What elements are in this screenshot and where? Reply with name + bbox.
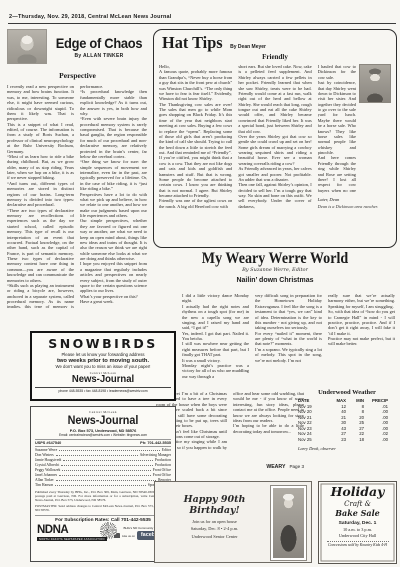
usps-number: USPS #647540 bbox=[35, 441, 61, 445]
dotted-leader bbox=[55, 485, 146, 486]
snowbirds-contact: phone 448-5535 • fax 448-8198 • leaderne… bbox=[35, 387, 171, 393]
dotted-leader bbox=[56, 480, 156, 481]
phone-number: Ph: 701-442-5535 bbox=[140, 441, 171, 445]
weather-precip: .00 bbox=[364, 437, 388, 443]
weather-title: Underwood Weather bbox=[298, 389, 396, 396]
dotted-leader bbox=[59, 475, 151, 476]
weather-max: 23 bbox=[328, 437, 346, 443]
holiday-ad-place: Underwood City Hall bbox=[319, 533, 396, 538]
holiday-ad-word2: Craft & bbox=[319, 500, 396, 508]
continued-jump-line: WEARY Page 3 bbox=[233, 464, 304, 470]
underwood-weather-box: Underwood Weather DATE MAX MIN PRECIP No… bbox=[298, 389, 396, 475]
body-column: office and hear some odd warbling, that … bbox=[233, 391, 304, 477]
masthead-logos-row: NDNA NORTH DAKOTA NEWSPAPER ASSOCIATION … bbox=[35, 525, 171, 541]
holiday-ad-time: 10 a.m. to 3 p.m. bbox=[319, 527, 396, 532]
column-headline: Nailin’ down Christmas bbox=[153, 277, 397, 284]
body-text: office and hear some odd warbling, that … bbox=[233, 391, 304, 461]
subscription-line: For Subscription Rates: Call 701-442-553… bbox=[35, 515, 171, 523]
newspaper-logo: News-Journal bbox=[38, 375, 167, 385]
column-subhead: Perspective bbox=[7, 71, 148, 80]
holiday-ad-word3: Bake Sale bbox=[319, 508, 396, 518]
author-photo-allan-tinker bbox=[7, 29, 47, 64]
holiday-ad-date: Saturday, Dec. 1 bbox=[319, 521, 396, 526]
hat-tips-body: Hello, A famous quote, probably more fam… bbox=[159, 64, 391, 242]
snowbirds-line2: two weeks prior to moving south. bbox=[35, 358, 171, 364]
ndna-logo: NDNA NORTH DAKOTA NEWSPAPER ASSOCIATION bbox=[37, 525, 107, 541]
body-text: I hauled that cow to Dickinson for the c… bbox=[318, 64, 356, 194]
holiday-ad-note: Concessions sold by Kountry Kids 4-H bbox=[327, 541, 389, 548]
ndna-letters: NDNA bbox=[37, 525, 107, 537]
ndna-caption: NORTH DAKOTA NEWSPAPER ASSOCIATION bbox=[37, 537, 107, 541]
masthead-usps-row: USPS #647540 Ph: 701-442-5535 bbox=[35, 439, 171, 447]
dotted-leader bbox=[61, 465, 153, 466]
portrait-photo bbox=[271, 486, 306, 560]
thumbs-up-icon bbox=[116, 533, 120, 538]
edge-of-chaos-header: Edge of Chaos By ALLAN TINKER bbox=[7, 29, 148, 64]
weather-observer: Larry Denk, observer bbox=[298, 446, 396, 451]
jump-slug: WEARY bbox=[266, 464, 285, 470]
birthday-ad-line: Underwood Senior Center bbox=[159, 534, 270, 539]
hat-tips-header: Hat Tips By Dean Meyer bbox=[159, 33, 391, 53]
body-column: I did a little victory dance Monday nigh… bbox=[182, 293, 249, 387]
column-signoff: Later, Dean bbox=[318, 197, 391, 202]
masthead-fine-print: Published every Thursday by BHG, Inc., P… bbox=[35, 490, 171, 502]
body-column: performance. “Is procedural knowledge th… bbox=[80, 84, 147, 308]
holiday-craft-sale-ad: Holiday Craft & Bake Sale Saturday, Dec.… bbox=[318, 481, 397, 564]
weather-min: 18 bbox=[346, 437, 364, 443]
body-column: Hello, A famous quote, probably more fam… bbox=[159, 64, 232, 242]
column-title: Edge of Chaos bbox=[54, 35, 144, 51]
newspaper-page: 2—Thursday, Nov. 29, 2018, Central McLea… bbox=[0, 0, 400, 567]
edge-of-chaos-titles: Edge of Chaos By ALLAN TINKER bbox=[50, 35, 148, 59]
weather-row: Nov 25 23 18 .00 bbox=[298, 437, 396, 443]
masthead-postmaster: POSTMASTER: Send address changes to Cent… bbox=[35, 504, 171, 512]
snowbirds-ad: SNOWBIRDS Please let us know your forwar… bbox=[30, 331, 176, 401]
dotted-leader bbox=[59, 450, 160, 451]
birthday-ad-heading: Happy 90th Birthday! bbox=[159, 494, 270, 516]
birthday-ad-line: Saturday, Dec. 8 • 2-4 p.m. bbox=[159, 526, 270, 531]
like-us-label: Like us on bbox=[122, 534, 135, 538]
column-title: Hat Tips bbox=[162, 33, 223, 53]
page-folio: 2—Thursday, Nov. 29, 2018, Central McLea… bbox=[9, 14, 389, 20]
body-column: I recently read a new perspective on mem… bbox=[7, 84, 74, 308]
edge-of-chaos-column: Edge of Chaos By ALLAN TINKER Perspectiv… bbox=[7, 29, 148, 308]
dotted-leader bbox=[62, 470, 150, 471]
body-column: short ears. But she loved cake. Now, cak… bbox=[238, 64, 311, 242]
weary-body-upper: I did a little victory dance Monday nigh… bbox=[182, 293, 396, 387]
staff-name: Tim Hanson bbox=[35, 483, 53, 488]
body-column: very difficult song in preparation for t… bbox=[255, 293, 322, 387]
holiday-ad-word1: Holiday bbox=[319, 486, 396, 499]
birthday-greeting-ad: Happy 90th Birthday! Join us for an open… bbox=[154, 481, 312, 563]
masthead-contact: Email: centralmclean@westriv.com • Websi… bbox=[35, 433, 171, 437]
column-byline: By ALLAN TINKER bbox=[50, 53, 148, 59]
column-title: My Weary Werre World bbox=[168, 250, 383, 268]
dotted-leader bbox=[63, 460, 152, 461]
birthday-ad-line: Join us for an open house bbox=[159, 519, 270, 524]
column-subhead: Friendly bbox=[159, 53, 391, 61]
body-column: really sure that we’re actually harmony … bbox=[328, 293, 395, 387]
snowbirds-title: SNOWBIRDS bbox=[35, 336, 171, 351]
edge-of-chaos-body: I recently read a new perspective on mem… bbox=[7, 84, 148, 308]
hat-tips-box: Hat Tips By Dean Meyer Friendly Hello, A… bbox=[153, 29, 397, 248]
column-tagline: Dean is a Dickinson area rancher. bbox=[318, 204, 391, 209]
weary-body-lower: It’s no secret I’m a bit of a Christmas … bbox=[156, 391, 304, 477]
body-column: I hauled that cow to Dickinson for the c… bbox=[318, 64, 391, 242]
folio-rule bbox=[8, 23, 396, 24]
weather-date: Nov 25 bbox=[298, 437, 328, 443]
birthday-ad-text: Happy 90th Birthday! Join us for an open… bbox=[159, 486, 270, 558]
weary-werre-world-header: My Weary Werre World By Suzanne Werre, E… bbox=[153, 250, 397, 284]
snowbirds-line1: Please let us know your forwarding addre… bbox=[35, 352, 171, 357]
columnist-photo-dean-meyer bbox=[359, 64, 391, 103]
column-byline: By Dean Meyer bbox=[230, 44, 266, 50]
newspaper-logo: News-Journal bbox=[42, 414, 164, 426]
staff-row: Tim HansonSports Reporter bbox=[35, 483, 171, 488]
snowbirds-line3: We don’t want you to miss an issue of yo… bbox=[35, 364, 171, 369]
dotted-leader bbox=[56, 455, 138, 456]
masthead-address: P.O. Box 573, Underwood, ND 58576 bbox=[35, 428, 171, 433]
